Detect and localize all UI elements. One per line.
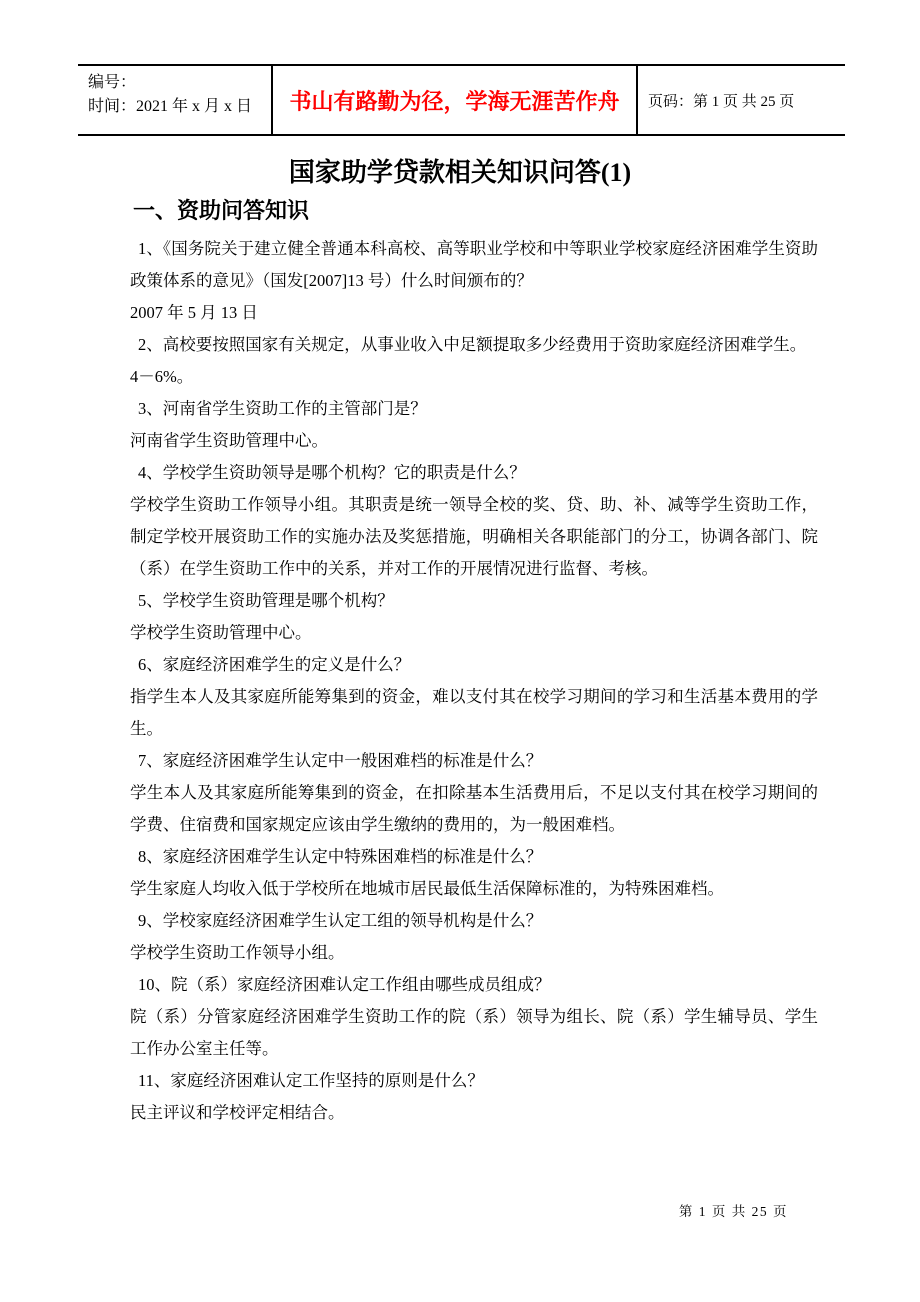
header-motto: 书山有路勤为径，学海无涯苦作舟 bbox=[271, 66, 638, 134]
question-11: 11、家庭经济困难认定工作坚持的原则是什么？ bbox=[130, 1065, 818, 1097]
question-9: 9、学校家庭经济困难学生认定工组的领导机构是什么？ bbox=[130, 905, 818, 937]
answer-6: 指学生本人及其家庭所能筹集到的资金，难以支付其在校学习期间的学习和生活基本费用的… bbox=[130, 681, 818, 745]
question-2: 2、高校要按照国家有关规定，从事业收入中足额提取多少经费用于资助家庭经济困难学生… bbox=[130, 329, 818, 361]
document-number-label: 编号： bbox=[88, 71, 271, 95]
question-10: 10、院（系）家庭经济困难认定工作组由哪些成员组成？ bbox=[130, 969, 818, 1001]
page-number-footer: 第 1 页 共 25 页 bbox=[679, 1200, 788, 1220]
question-8: 8、家庭经济困难学生认定中特殊困难档的标准是什么？ bbox=[130, 841, 818, 873]
question-1: 1、《国务院关于建立健全普通本科高校、高等职业学校和中等职业学校家庭经济困难学生… bbox=[130, 233, 818, 297]
question-4: 4、学校学生资助领导是哪个机构？它的职责是什么？ bbox=[130, 457, 818, 489]
question-5: 5、学校学生资助管理是哪个机构？ bbox=[130, 585, 818, 617]
answer-1: 2007 年 5 月 13 日 bbox=[130, 297, 818, 329]
header-cell-number-date: 编号： 时间：2021 年 x 月 x 日 bbox=[78, 66, 271, 134]
header-page-label: 页码：第 1 页 共 25 页 bbox=[638, 66, 845, 134]
answer-11: 民主评议和学校评定相结合。 bbox=[130, 1097, 818, 1129]
page-title: 国家助学贷款相关知识问答(1) bbox=[0, 155, 920, 191]
answer-5: 学校学生资助管理中心。 bbox=[130, 617, 818, 649]
question-3: 3、河南省学生资助工作的主管部门是？ bbox=[130, 393, 818, 425]
section-heading: 一、资助问答知识 bbox=[133, 195, 309, 227]
question-7: 7、家庭经济困难学生认定中一般困难档的标准是什么？ bbox=[130, 745, 818, 777]
answer-9: 学校学生资助工作领导小组。 bbox=[130, 937, 818, 969]
answer-7: 学生本人及其家庭所能筹集到的资金，在扣除基本生活费用后，不足以支付其在校学习期间… bbox=[130, 777, 818, 841]
document-date-label: 时间：2021 年 x 月 x 日 bbox=[88, 95, 271, 119]
answer-3: 河南省学生资助管理中心。 bbox=[130, 425, 818, 457]
question-6: 6、家庭经济困难学生的定义是什么？ bbox=[130, 649, 818, 681]
answer-10: 院（系）分管家庭经济困难学生资助工作的院（系）领导为组长、院（系）学生辅导员、学… bbox=[130, 1001, 818, 1065]
qa-content: 1、《国务院关于建立健全普通本科高校、高等职业学校和中等职业学校家庭经济困难学生… bbox=[130, 233, 818, 1129]
document-header-table: 编号： 时间：2021 年 x 月 x 日 书山有路勤为径，学海无涯苦作舟 页码… bbox=[78, 64, 845, 136]
answer-2: 4－6%。 bbox=[130, 361, 818, 393]
answer-8: 学生家庭人均收入低于学校所在地城市居民最低生活保障标准的，为特殊困难档。 bbox=[130, 873, 818, 905]
answer-4: 学校学生资助工作领导小组。其职责是统一领导全校的奖、贷、助、补、减等学生资助工作… bbox=[130, 489, 818, 585]
